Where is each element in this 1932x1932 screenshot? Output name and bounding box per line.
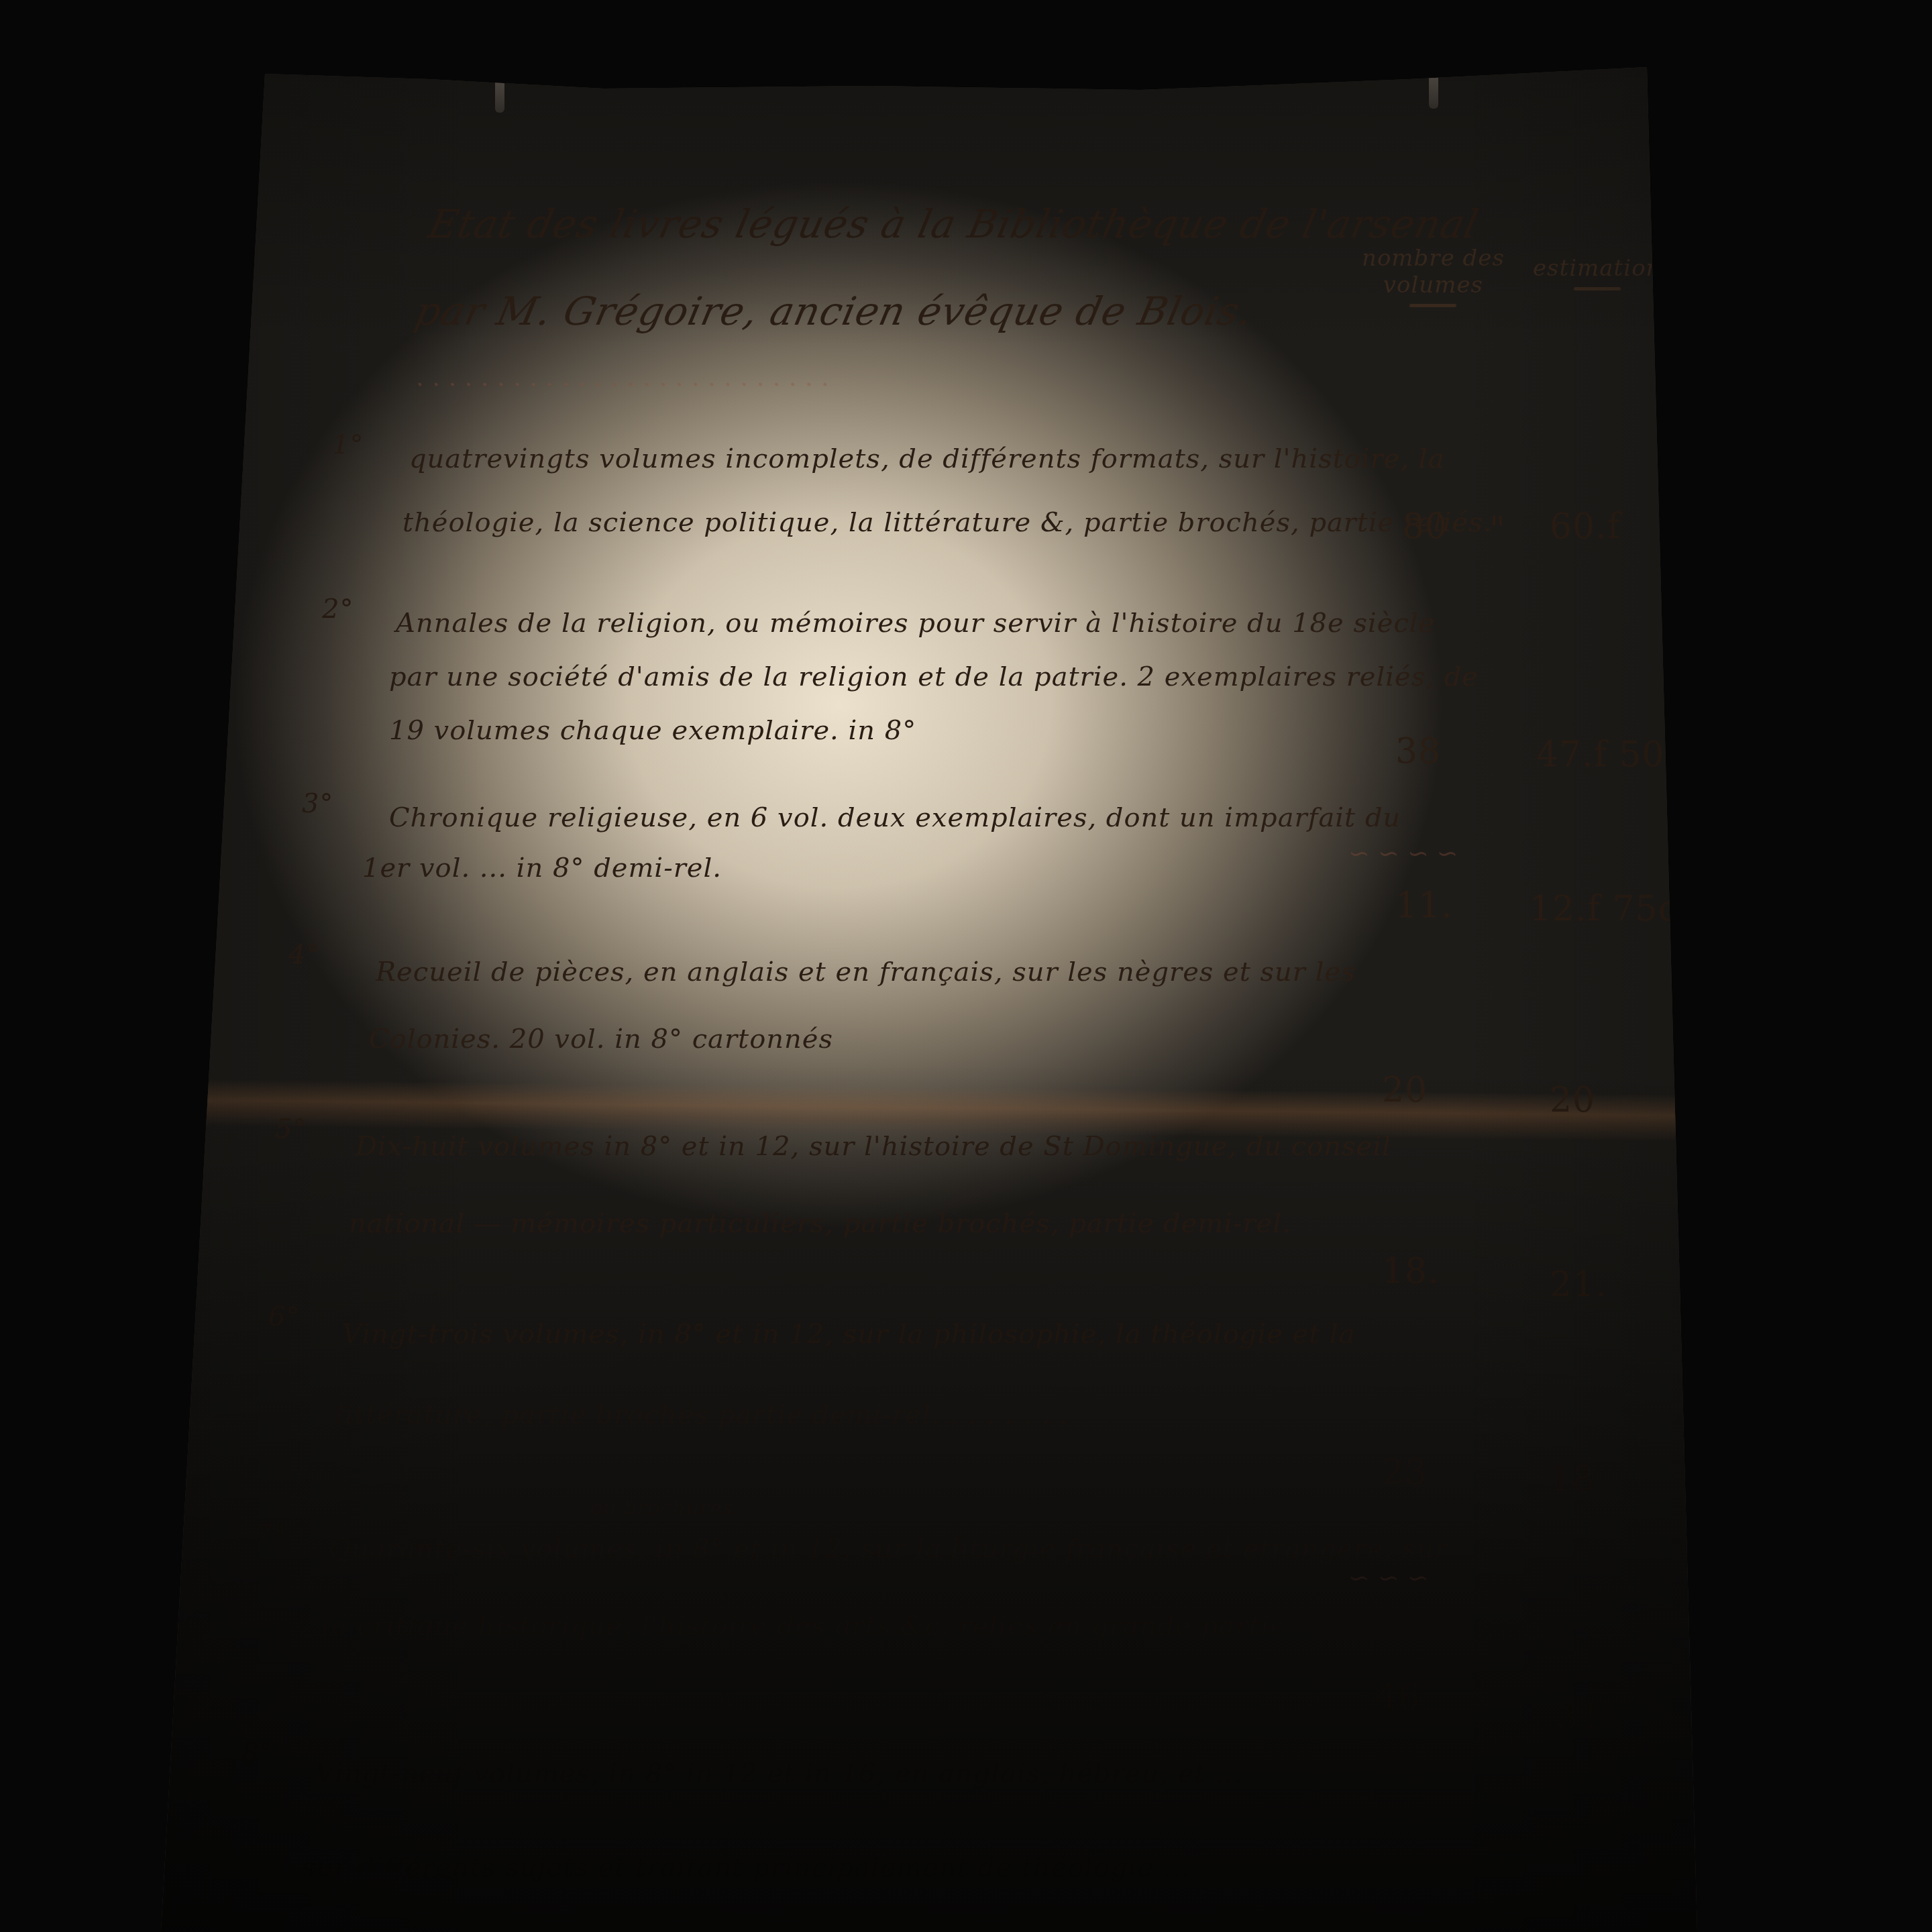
item-text-line: national — mémoires particuliers, partie… [349, 1207, 1291, 1240]
volumes-count: 80 [1402, 506, 1448, 547]
header-underline [1574, 287, 1621, 290]
item-number: 1° [332, 429, 364, 460]
photo-scene: . . . . . . . . . . . . . . . . . . . . … [0, 0, 1932, 1932]
column-header-estimation-label: estimation [1533, 255, 1662, 282]
bleed-through-text: ~ ~ ~ ~ [1348, 839, 1458, 868]
volumes-count: 38 [1395, 731, 1441, 771]
item-text-line: Vingt-trois volumes, in 8° et in 12, sur… [342, 1318, 1356, 1350]
item-text-line: la critique historique, l'histoire des a… [322, 1610, 1286, 1642]
volumes-count: 46 [1375, 1677, 1421, 1717]
volumes-count: 20 [1382, 1070, 1428, 1110]
item-text-line: 1er vol. ... in 8° demi-rel. [362, 852, 722, 884]
item-text-line: par une société d'amis de la religion et… [389, 661, 1479, 693]
volumes-count: 11. [1395, 885, 1453, 926]
item-text-line: Annales de la religion, ou mémoires pour… [396, 607, 1435, 639]
interlinear-insertion: ou brochures [590, 1493, 733, 1525]
bleed-through-text: ~ ~ ~ [1348, 1563, 1429, 1593]
item-number: 3° [302, 788, 333, 819]
header-underline [1409, 304, 1456, 307]
estimation-value: 20 [1550, 1080, 1595, 1120]
estimation-value: 60.f [1550, 506, 1621, 547]
estimation-value: 18 [1550, 1459, 1595, 1499]
ditto-mark: " [1489, 510, 1506, 550]
item-text-line: Dix-huit volumes in 8° et in 12, sur l'h… [356, 1130, 1391, 1163]
estimation-value: 12.f 75c [1529, 889, 1678, 929]
mount-clip-left [495, 72, 504, 113]
item-text-line: Vingt-neuf volumes, in 8° in 12 et in 16… [315, 1758, 1242, 1790]
item-text-line: théologie, la science politique, la litt… [402, 506, 1493, 539]
item-text-line: quatrevingts volumes incomplets, de diff… [409, 443, 1444, 475]
item-text-line: sur différents sujets et traitant princi… [302, 1851, 1191, 1884]
item-number: 7° [255, 1519, 286, 1550]
estimation-value: 21. [1550, 1265, 1607, 1305]
item-number: 5° [275, 1114, 307, 1144]
item-number: 6° [268, 1301, 300, 1332]
estimation-value: 47.f 50c [1536, 735, 1685, 775]
mount-clip-right [1429, 68, 1438, 109]
item-number: 2° [322, 594, 354, 625]
item-text-line: Colonies. 20 vol. in 8° cartonnés [369, 1023, 833, 1055]
document-title-line-1: Etat des livres légués à la Bibliothèque… [425, 201, 1483, 247]
column-header-volumes-line-1: nombre des [1362, 245, 1505, 272]
item-text-line: Quarante-six volumes, in 8° et in 12, su… [329, 1533, 1448, 1565]
item-text-line: Chronique religieuse, en 6 vol. deux exe… [389, 802, 1401, 834]
item-text-line: 19 volumes chaque exemplaire. in 8° [389, 714, 916, 747]
volumes-count: 23 [1382, 1452, 1428, 1493]
estimation-value: 31 [1556, 1697, 1602, 1737]
document-title-line-2: par M. Grégoire, ancien évêque de Blois. [411, 288, 1257, 334]
item-text-line: Recueil de pièces, en anglais et en fran… [376, 956, 1356, 988]
column-header-volumes: nombre des volumes [1362, 245, 1505, 307]
item-text-line: littérature, partie brochés partie demi-… [335, 1399, 1069, 1431]
column-header-estimation: estimation [1533, 255, 1662, 290]
item-number: 8° [241, 1737, 273, 1768]
manuscript-sheet: . . . . . . . . . . . . . . . . . . . . … [0, 0, 1932, 1932]
item-number: 4° [288, 939, 320, 970]
bleed-through-text: . . . . . . . . . . . . . . . . . . . . … [416, 362, 829, 392]
column-header-volumes-line-2: volumes [1383, 272, 1483, 299]
volumes-count: 18. [1382, 1251, 1440, 1291]
